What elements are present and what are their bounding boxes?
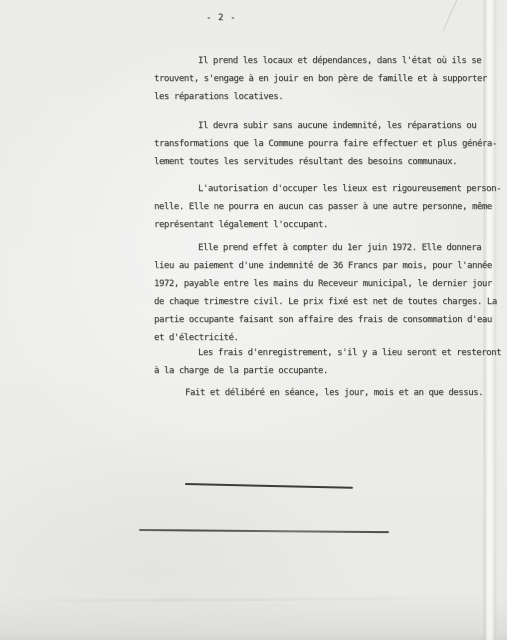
- text-line: à la charge de la partie occupante.: [154, 362, 500, 380]
- text-line: lieu au paiement d'une indemnité de 36 F…: [154, 257, 500, 275]
- text-line: Les frais d'enregistrement, s'il y a lie…: [154, 344, 500, 362]
- text-line: de chaque trimestre civil. Le prix fixé …: [154, 293, 500, 311]
- text-line: 1972, payable entre les mains du Receveu…: [154, 275, 500, 293]
- text-line: représentant légalement l'occupant.: [154, 216, 500, 234]
- text-line: les réparations locatives.: [154, 88, 500, 106]
- paragraph-enregistrement: Les frais d'enregistrement, s'il y a lie…: [154, 344, 500, 380]
- closing-statement: Fait et délibéré en séance, les jour, mo…: [154, 384, 500, 402]
- paragraph-indemnite: Elle prend effet à compter du 1er juin 1…: [154, 239, 500, 347]
- text-line: Il devra subir sans aucune indemnité, le…: [154, 117, 500, 135]
- text-line: partie occupante faisant son affaire des…: [154, 311, 500, 329]
- text-line: Elle prend effet à compter du 1er juin 1…: [154, 239, 500, 257]
- text-line: L'autorisation d'occuper les lieux est r…: [154, 180, 500, 198]
- scanned-document-page: - 2 - Il prend les locaux et dépendances…: [0, 0, 507, 640]
- paragraph-servitudes: Il devra subir sans aucune indemnité, le…: [154, 117, 500, 171]
- text-line: Il prend les locaux et dépendances, dans…: [154, 52, 500, 70]
- paper-crease-bottom: [0, 596, 507, 603]
- page-number: - 2 -: [206, 9, 236, 27]
- text-line: transformations que la Commune pourra fa…: [154, 135, 500, 153]
- paragraph-premises: Il prend les locaux et dépendances, dans…: [154, 52, 500, 106]
- signature-rule-short: [185, 483, 353, 489]
- text-line: lement toutes les servitudes résultant d…: [154, 153, 500, 171]
- signature-rule-long: [139, 529, 389, 533]
- paper-fold-top-right: [442, 0, 507, 56]
- text-line: Fait et délibéré en séance, les jour, mo…: [154, 384, 500, 402]
- text-line: nelle. Elle ne pourra en aucun cas passe…: [154, 198, 500, 216]
- text-line: trouvent, s'engage à en jouir en bon pèr…: [154, 70, 500, 88]
- paragraph-autorisation: L'autorisation d'occuper les lieux est r…: [154, 180, 500, 234]
